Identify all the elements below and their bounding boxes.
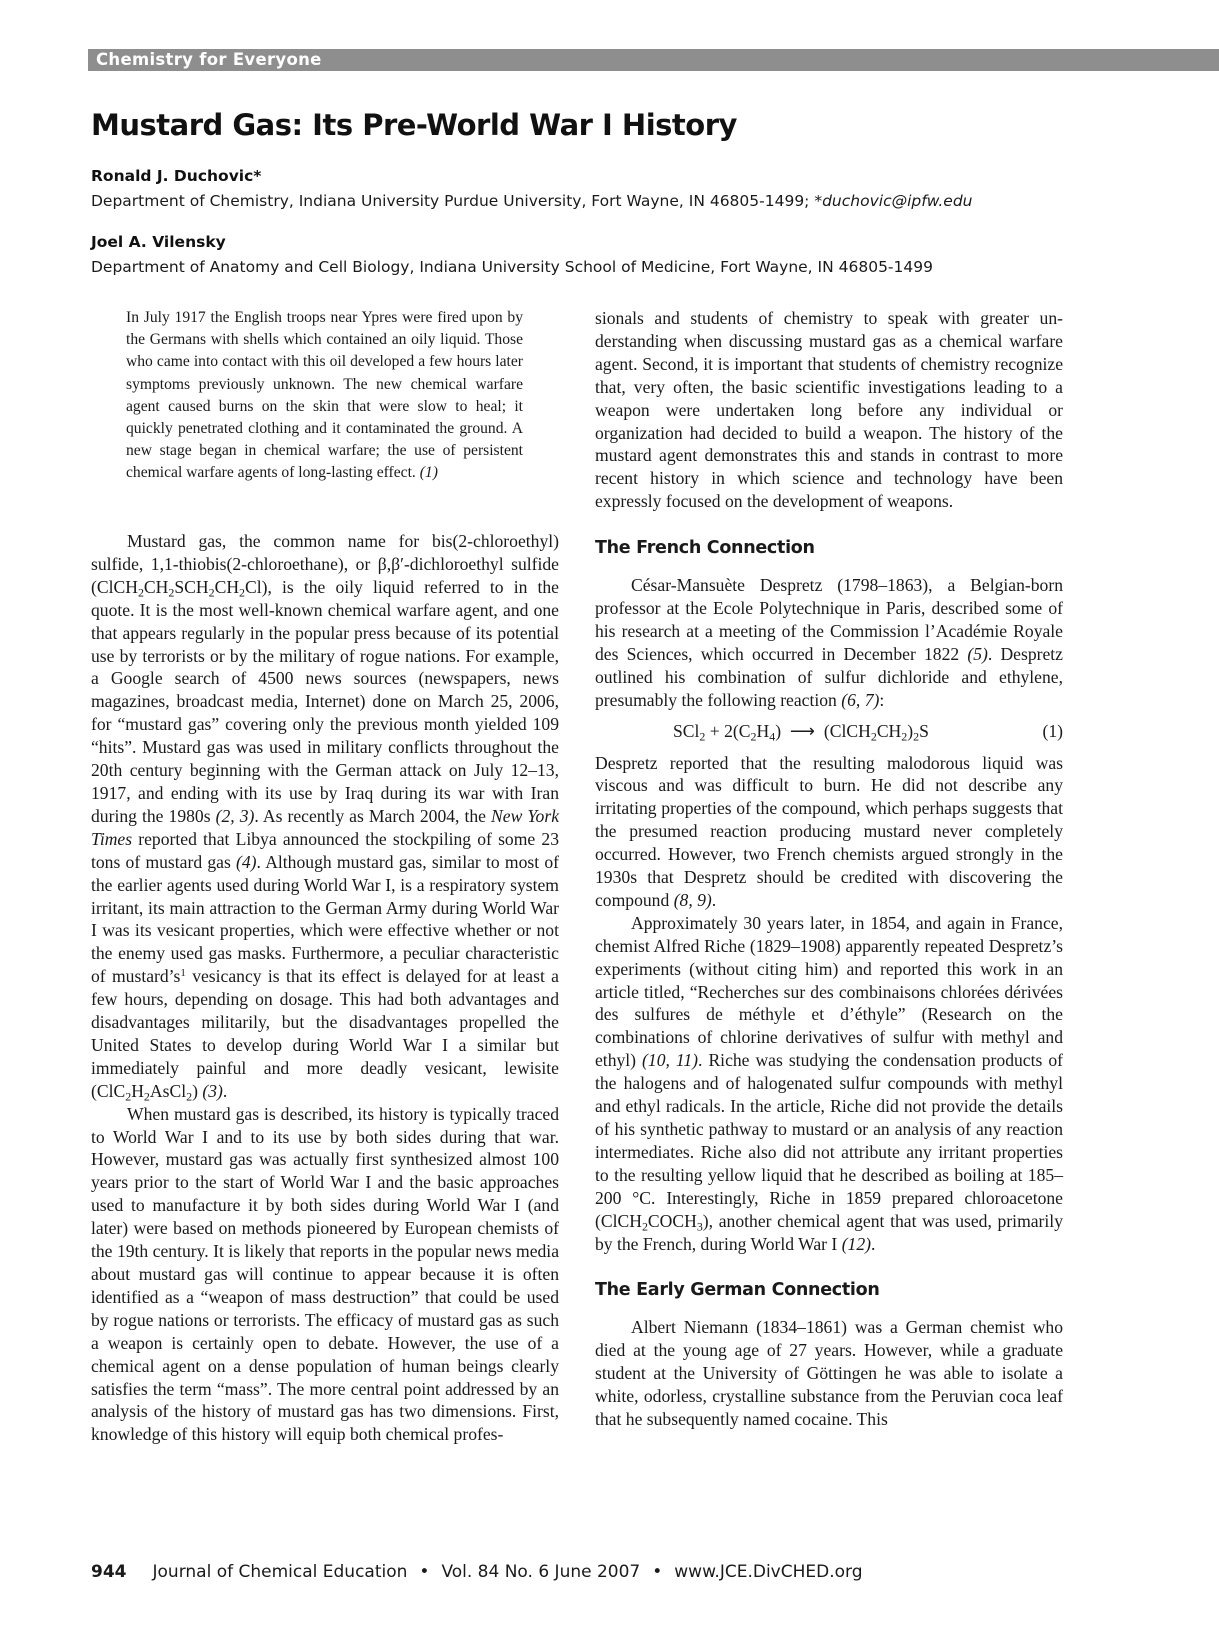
equation-formula: SCl2 + 2(C2H4) ⟶ (ClCH2CH2)2S [673,720,929,743]
journal-name: Journal of Chemical Education [153,1562,408,1582]
author-email[interactable]: duchovic@ipfw.edu [822,192,972,210]
article-title: Mustard Gas: Its Pre-World War I History [91,108,737,142]
page-footer: 944Journal of Chemical Education•Vol. 84… [91,1562,863,1582]
epigraph-quote: In July 1917 the English troops near Ypr… [126,307,523,485]
body-paragraph: Despretz reported that the resulting mal… [595,752,1063,912]
body-paragraph-continuation: sionals and students of chemistry to spe… [595,307,1063,513]
chemical-equation: SCl2 + 2(C2H4) ⟶ (ClCH2CH2)2S (1) [595,712,1063,752]
right-column: sionals and students of chemistry to spe… [595,307,1063,1431]
page-number: 944 [91,1562,127,1582]
body-paragraph: Mustard gas, the common name for bis(2-c… [91,530,559,1103]
equation-number: (1) [1042,720,1063,743]
section-heading-french-connection: The French Connection [595,537,1063,560]
author-name-2: Joel A. Vilensky [91,233,226,251]
body-paragraph: César-Mansuète Despretz (1798–1863), a B… [595,574,1063,711]
section-heading-early-german-connection: The Early German Connection [595,1279,1063,1302]
left-column: Mustard gas, the common name for bis(2-c… [91,530,559,1446]
author-affiliation-2: Department of Anatomy and Cell Biology, … [91,258,933,276]
journal-website[interactable]: www.JCE.DivCHED.org [674,1562,862,1582]
body-paragraph: Approximately 30 years later, in 1854, a… [595,912,1063,1256]
section-banner: Chemistry for Everyone [88,49,1219,71]
body-paragraph: When mustard gas is described, its histo… [91,1103,559,1447]
body-paragraph: Albert Niemann (1834–1861) was a German … [595,1316,1063,1431]
bullet-separator: • [419,1562,429,1582]
author-name-1: Ronald J. Duchovic* [91,167,261,185]
issue-info: Vol. 84 No. 6 June 2007 [441,1562,640,1582]
bullet-separator: • [652,1562,662,1582]
section-label: Chemistry for Everyone [96,50,322,69]
author-affiliation-1: Department of Chemistry, Indiana Univers… [91,192,973,210]
affiliation-text-1: Department of Chemistry, Indiana Univers… [91,192,822,210]
